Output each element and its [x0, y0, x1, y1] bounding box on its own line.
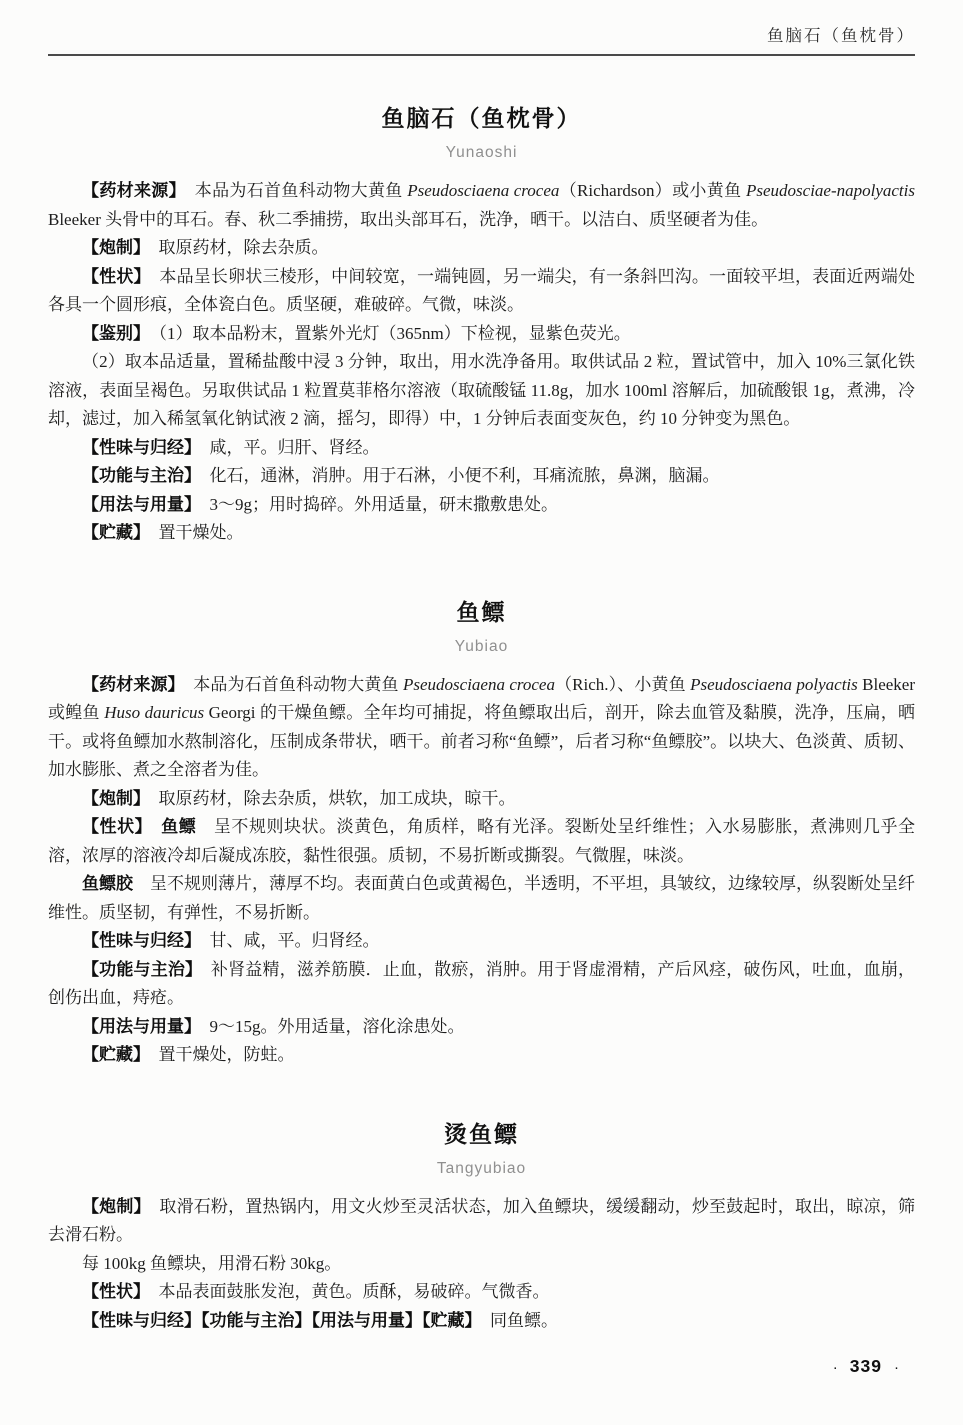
page-number-right-dot: · [882, 1359, 911, 1376]
paragraph: 【鉴别】 （1）取本品粉末，置紫外光灯（365nm）下检视，显紫色荧光。 [48, 320, 915, 349]
paragraph: 【炮制】 取原药材，除去杂质，烘软，加工成块，晾干。 [48, 785, 915, 814]
section-label: 【性状】 [82, 817, 144, 836]
monograph-entry: 鱼鳔 Yubiao 【药材来源】 本品为石首鱼科动物大黄鱼 Pseudoscia… [48, 548, 915, 1070]
body-text: 呈不规则薄片，薄厚不均。表面黄白色或黄褐色，半透明，不平坦，具皱纹，边缘较厚，纵… [48, 874, 915, 922]
entry-paragraphs: 【药材来源】 本品为石首鱼科动物大黄鱼 Pseudosciaena crocea… [48, 671, 915, 1070]
section-label: 【用法与用量】 [82, 495, 193, 514]
section-label: 【性味与归经】 [82, 438, 193, 457]
section-label: 【炮制】 [82, 1197, 142, 1216]
paragraph: 【用法与用量】 9～15g。外用适量，溶化涂患处。 [48, 1013, 915, 1042]
body-text: 本品为石首鱼科动物大黄鱼 [177, 181, 407, 200]
paragraph: 【性状】 鱼鳔 呈不规则块状。淡黄色，角质样，略有光泽。裂断处呈纤维性；入水易膨… [48, 813, 915, 870]
running-header: 鱼脑石（鱼枕骨） [48, 0, 915, 46]
paragraph: 【贮藏】 置干燥处，防蛀。 [48, 1041, 915, 1070]
paragraph: 【性状】 本品呈长卵状三棱形，中间较宽，一端钝圆，另一端尖，有一条斜凹沟。一面较… [48, 263, 915, 320]
body-text: 甘、咸，平。归肾经。 [193, 931, 380, 950]
monograph-entry: 鱼脑石（鱼枕骨） Yunaoshi 【药材来源】 本品为石首鱼科动物大黄鱼 Ps… [48, 56, 915, 548]
paragraph: 鱼鳔胶 呈不规则薄片，薄厚不均。表面黄白色或黄褐色，半透明，不平坦，具皱纹，边缘… [48, 870, 915, 927]
paragraph: 【炮制】 取滑石粉，置热锅内，用文火炒至灵活状态，加入鱼鳔块，缓缓翻动，炒至鼓起… [48, 1193, 915, 1250]
content-area: 鱼脑石（鱼枕骨） Yunaoshi 【药材来源】 本品为石首鱼科动物大黄鱼 Ps… [48, 56, 915, 1335]
entry-pinyin: Yubiao [48, 638, 915, 656]
paragraph: 【炮制】 取原药材，除去杂质。 [48, 234, 915, 263]
entry-title: 烫鱼鳔 [48, 1070, 915, 1149]
body-text: 同鱼鳔。 [473, 1311, 558, 1330]
paragraph: 每 100kg 鱼鳔块，用滑石粉 30kg。 [48, 1250, 915, 1279]
paragraph: 【功能与主治】 补肾益精，滋养筋膜．止血，散瘀，消肿。用于肾虚滑精，产后风痉，破… [48, 956, 915, 1013]
paragraph: 【药材来源】 本品为石首鱼科动物大黄鱼 Pseudosciaena crocea… [48, 671, 915, 785]
species-name: Pseudosciaena crocea [403, 675, 555, 694]
species-name: Huso dauricus [104, 703, 204, 722]
paragraph: 【性味与归经】 甘、咸，平。归肾经。 [48, 927, 915, 956]
entry-paragraphs: 【药材来源】 本品为石首鱼科动物大黄鱼 Pseudosciaena crocea… [48, 177, 915, 548]
section-label: 【药材来源】 [82, 181, 177, 200]
section-label: 【鉴别】 [82, 324, 142, 343]
page-number: 339 [850, 1356, 882, 1376]
body-text: 9～15g。外用适量，溶化涂患处。 [193, 1017, 465, 1036]
section-label: 【药材来源】 [82, 675, 176, 694]
body-text: 取原药材，除去杂质，烘软，加工成块，晾干。 [142, 789, 516, 808]
species-name: Pseudosciae-napolyactis [746, 181, 915, 200]
paragraph: （2）取本品适量，置稀盐酸中浸 3 分钟，取出，用水洗净备用。取供试品 2 粒，… [48, 348, 915, 434]
species-name: Pseudosciaena crocea [407, 181, 559, 200]
body-text: 每 100kg 鱼鳔块，用滑石粉 30kg。 [82, 1254, 341, 1273]
body-text [144, 817, 162, 836]
page: 鱼脑石（鱼枕骨） 鱼脑石（鱼枕骨） Yunaoshi 【药材来源】 本品为石首鱼… [0, 0, 963, 1425]
body-text: 本品表面鼓胀发泡，黄色。质酥，易破碎。气微香。 [142, 1282, 550, 1301]
entry-title: 鱼脑石（鱼枕骨） [48, 56, 915, 133]
body-text: 置干燥处。 [142, 523, 244, 542]
entry-paragraphs: 【炮制】 取滑石粉，置热锅内，用文火炒至灵活状态，加入鱼鳔块，缓缓翻动，炒至鼓起… [48, 1193, 915, 1336]
body-text: 本品呈长卵状三棱形，中间较宽，一端钝圆，另一端尖，有一条斜凹沟。一面较平坦，表面… [48, 267, 915, 315]
section-label: 【性状】 [82, 1282, 142, 1301]
section-label: 【用法与用量】 [82, 1017, 193, 1036]
body-text: 取原药材，除去杂质。 [142, 238, 329, 257]
entry-title: 鱼鳔 [48, 548, 915, 627]
body-text: 化石，通淋，消肿。用于石淋，小便不利，耳痛流脓，鼻渊，脑漏。 [193, 466, 720, 485]
body-text: Bleeker 头骨中的耳石。春、秋二季捕捞，取出头部耳石，洗净，晒干。以洁白、… [48, 210, 768, 229]
page-number-left-dot: · [821, 1359, 850, 1376]
page-footer: ·339· [821, 1356, 911, 1377]
paragraph: 【药材来源】 本品为石首鱼科动物大黄鱼 Pseudosciaena crocea… [48, 177, 915, 234]
body-text: （Richardson）或小黄鱼 [559, 181, 746, 200]
entry-pinyin: Yunaoshi [48, 144, 915, 162]
section-label: 【炮制】 [82, 238, 142, 257]
section-label: 【功能与主治】 [82, 466, 193, 485]
section-label: 【炮制】 [82, 789, 142, 808]
paragraph: 【用法与用量】 3～9g；用时捣碎。外用适量，研末撒敷患处。 [48, 491, 915, 520]
paragraph: 【功能与主治】 化石，通淋，消肿。用于石淋，小便不利，耳痛流脓，鼻渊，脑漏。 [48, 462, 915, 491]
monograph-entry: 烫鱼鳔 Tangyubiao 【炮制】 取滑石粉，置热锅内，用文火炒至灵活状态，… [48, 1070, 915, 1336]
paragraph: 【性味与归经】 咸，平。归肝、肾经。 [48, 434, 915, 463]
paragraph: 【性味与归经】【功能与主治】【用法与用量】【贮藏】 同鱼鳔。 [48, 1307, 915, 1336]
body-text: 取滑石粉，置热锅内，用文火炒至灵活状态，加入鱼鳔块，缓缓翻动，炒至鼓起时，取出，… [48, 1197, 915, 1245]
body-text: （2）取本品适量，置稀盐酸中浸 3 分钟，取出，用水洗净备用。取供试品 2 粒，… [48, 352, 915, 428]
section-label: 【贮藏】 [82, 523, 142, 542]
body-text: （1）取本品粉末，置紫外光灯（365nm）下检视，显紫色荧光。 [142, 324, 631, 343]
section-label: 【贮藏】 [82, 1045, 142, 1064]
section-label: 鱼鳔 [161, 817, 196, 836]
section-label: 【功能与主治】 [82, 960, 194, 979]
body-text: 3～9g；用时捣碎。外用适量，研末撒敷患处。 [193, 495, 559, 514]
running-title: 鱼脑石（鱼枕骨） [767, 26, 915, 45]
section-label: 【性状】 [82, 267, 142, 286]
body-text: 咸，平。归肝、肾经。 [193, 438, 380, 457]
body-text: （Rich.）、小黄鱼 [555, 675, 690, 694]
section-label: 【性味与归经】 [82, 931, 193, 950]
paragraph: 【性状】 本品表面鼓胀发泡，黄色。质酥，易破碎。气微香。 [48, 1278, 915, 1307]
entry-pinyin: Tangyubiao [48, 1160, 915, 1178]
body-text: 本品为石首鱼科动物大黄鱼 [176, 675, 403, 694]
paragraph: 【贮藏】 置干燥处。 [48, 519, 915, 548]
section-label: 【性味与归经】【功能与主治】【用法与用量】【贮藏】 [82, 1311, 473, 1330]
species-name: Pseudosciaena polyactis [690, 675, 858, 694]
body-text: 置干燥处，防蛀。 [142, 1045, 295, 1064]
section-label: 鱼鳔胶 [82, 874, 133, 893]
